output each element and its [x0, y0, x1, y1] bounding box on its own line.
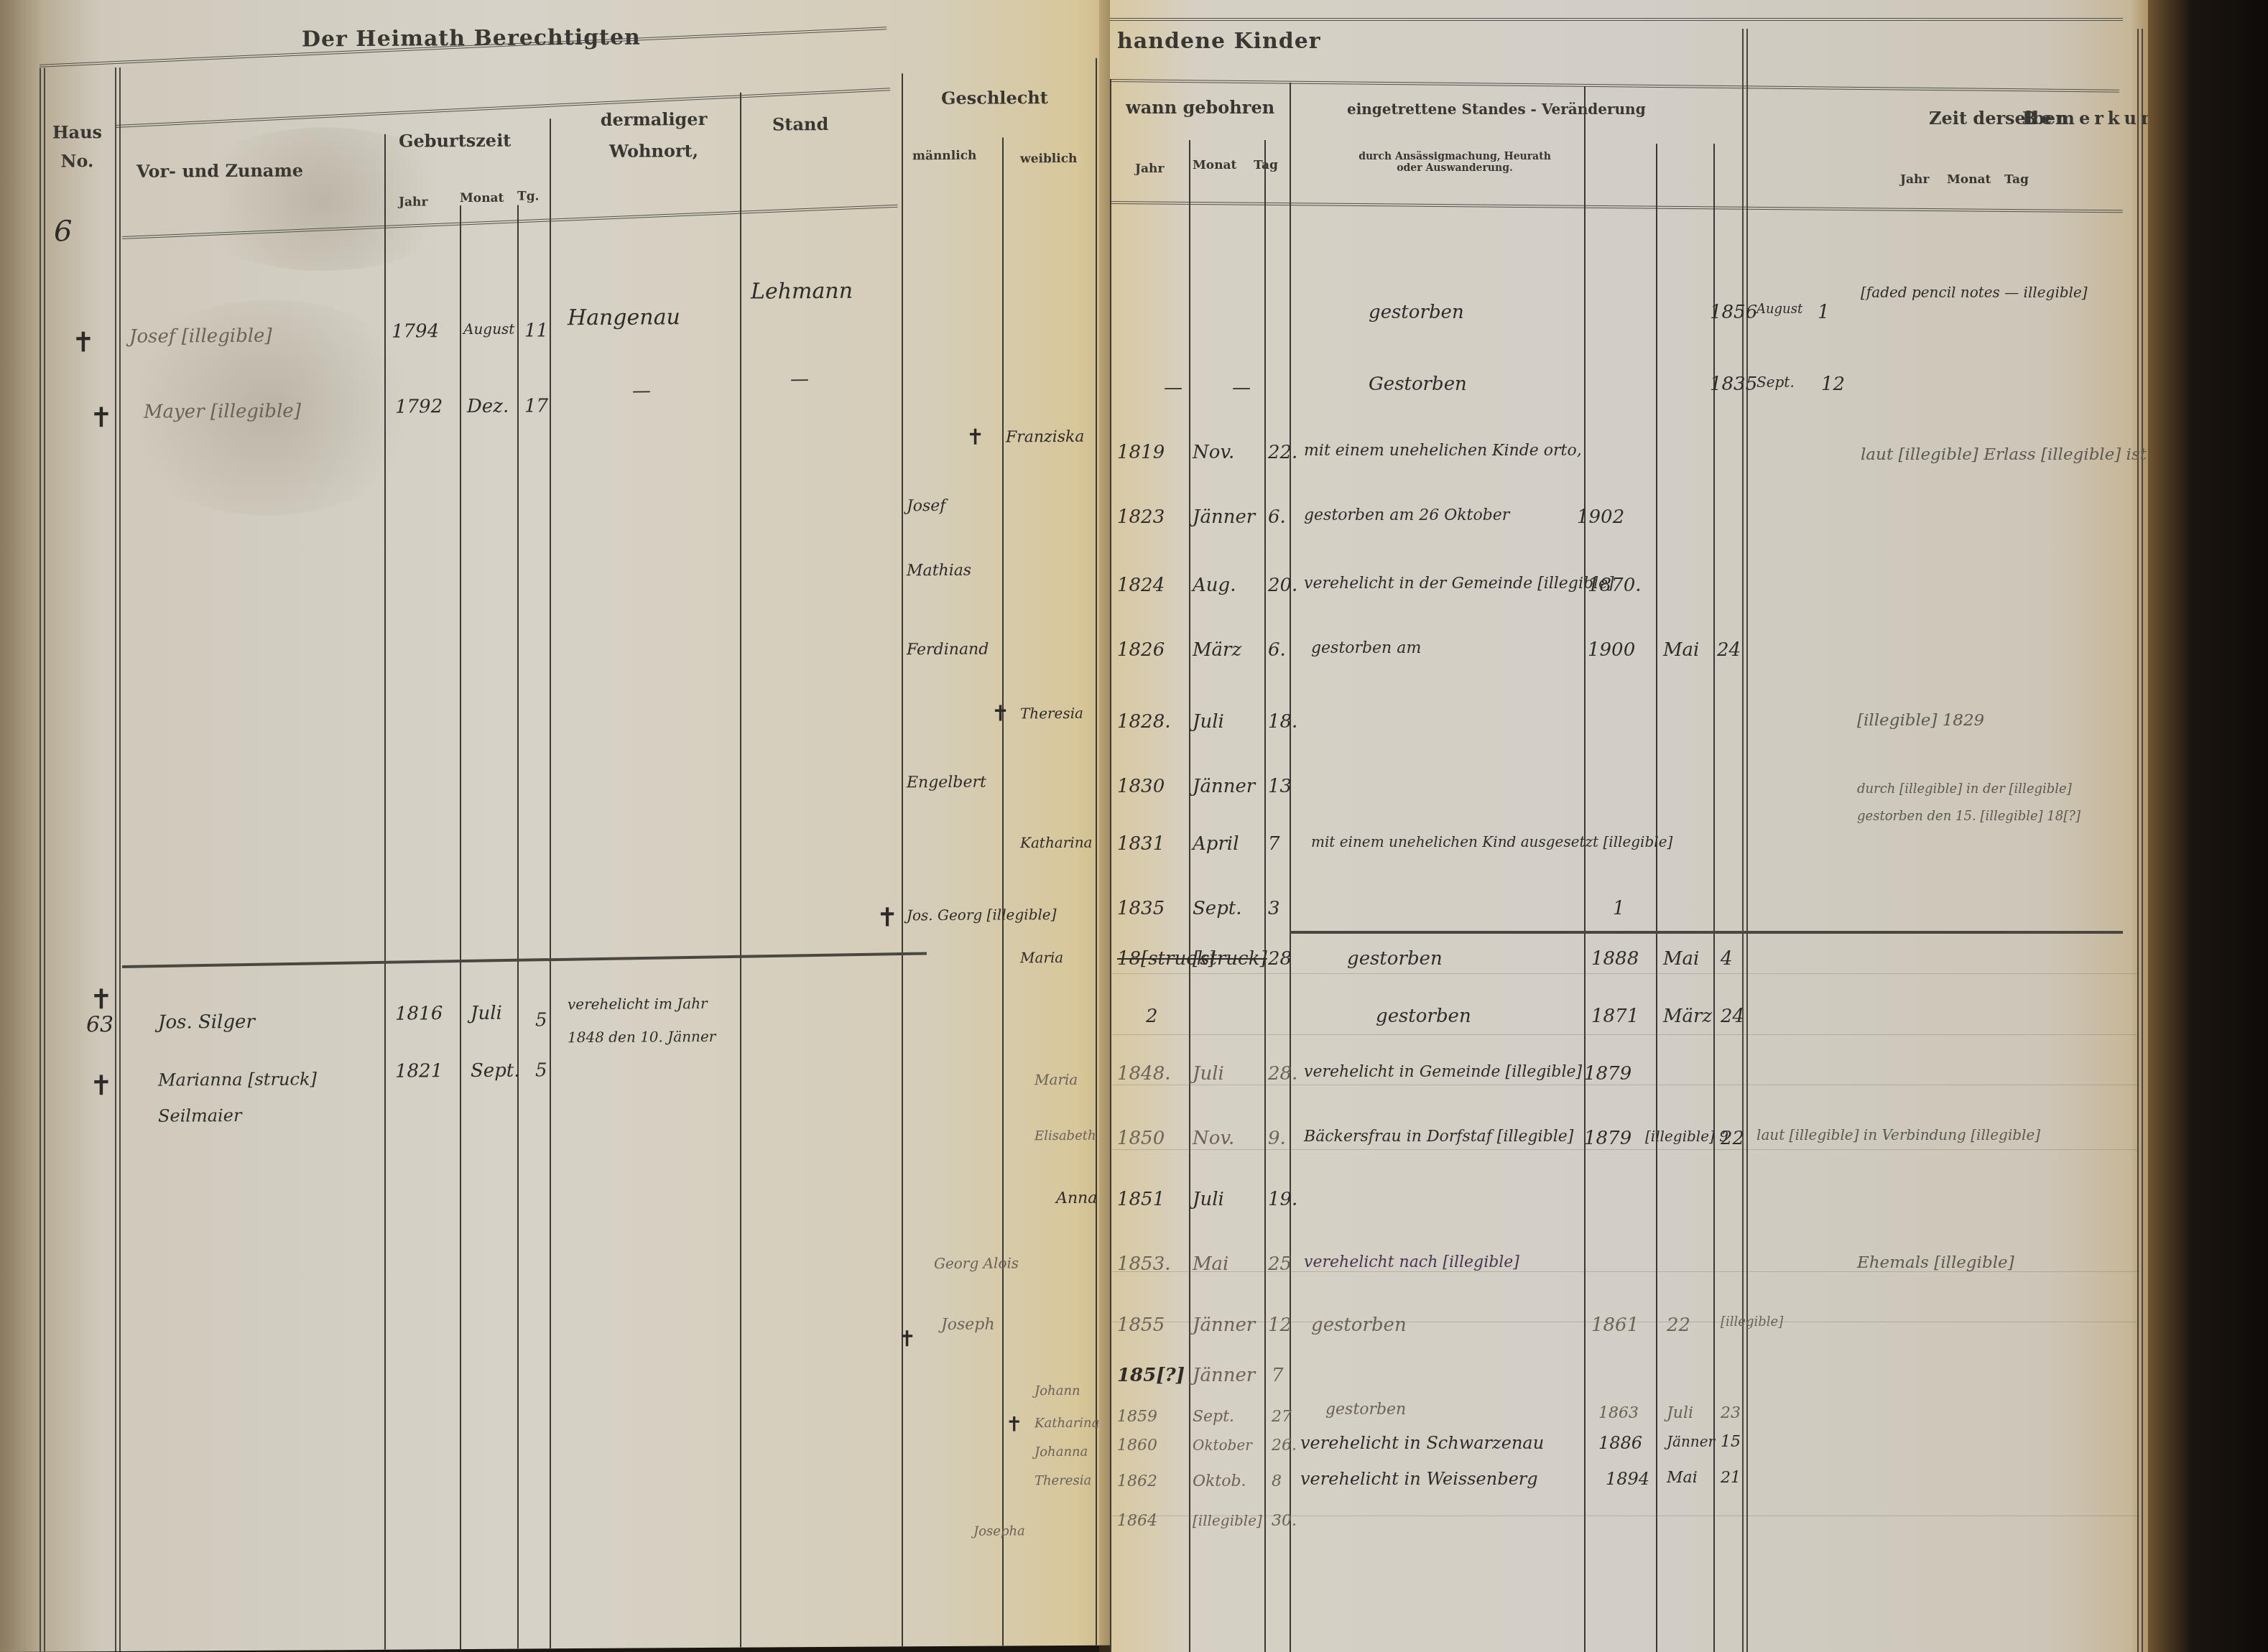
- deceased-cross-icon: ✝: [90, 983, 113, 1015]
- child-month: [illegible]: [1193, 1512, 1262, 1529]
- book-edge-shadow: [2148, 0, 2268, 1652]
- col-born-year: Jahr: [1135, 162, 1164, 176]
- child-name: Josepha: [973, 1523, 1025, 1539]
- change-month: Mai: [1663, 948, 1699, 970]
- child-year: 1859: [1117, 1408, 1157, 1426]
- change-day: 24: [1717, 639, 1741, 661]
- child-year: 1860: [1117, 1437, 1157, 1454]
- col-sex-male: männlich: [912, 149, 976, 164]
- child-day: 18.: [1268, 711, 1297, 733]
- child-day: 7: [1272, 1365, 1284, 1386]
- rule: [517, 205, 519, 1649]
- col-sex-female: weiblich: [1020, 152, 1077, 166]
- child-year: 1853.: [1117, 1253, 1170, 1275]
- change-year: 1879: [1584, 1063, 1631, 1085]
- family-separator: [122, 952, 927, 968]
- child-change: gestorben am 26 Oktober: [1304, 506, 1509, 524]
- child-year: 1824: [1117, 575, 1165, 596]
- entry-year: 1816: [395, 1003, 443, 1024]
- rule: [1110, 79, 1111, 1652]
- child-name: Maria: [1035, 1071, 1078, 1088]
- change-month: Jänner: [1667, 1433, 1715, 1450]
- col-born-month: Monat: [1193, 158, 1236, 172]
- col-change: eingetrettene Standes - Veränderung: [1347, 101, 1646, 118]
- right-page: Vor handene Kinder wann gebohren Jahr Mo…: [1110, 0, 2152, 1652]
- child-month: Juli: [1193, 1189, 1224, 1210]
- col-status: Stand: [772, 113, 828, 134]
- deceased-cross-icon: ✝: [966, 425, 984, 450]
- deceased-cross-icon: ✝: [898, 1327, 916, 1352]
- remark-4: durch [illegible] in der [illegible] ges…: [1857, 776, 2130, 830]
- child-change: verehelicht in Weissenberg: [1300, 1469, 1538, 1489]
- child-change: verehelicht in Gemeinde [illegible]: [1304, 1063, 1582, 1081]
- child-month: Jänner: [1193, 1314, 1255, 1336]
- child-change: gestorben: [1325, 1401, 1406, 1419]
- entry-status: —: [790, 368, 809, 390]
- dash: —: [1164, 377, 1182, 399]
- child-name: Jos. Georg [illegible]: [907, 906, 1056, 924]
- child-name: Theresia: [1020, 705, 1083, 723]
- child-day: 9.: [1268, 1128, 1286, 1149]
- change-day: 15: [1721, 1433, 1741, 1451]
- entry-name: Josef [illegible]: [129, 325, 272, 348]
- child-year: 1823: [1117, 506, 1165, 528]
- child-month: Nov.: [1193, 1128, 1234, 1149]
- child-year: 185[?]: [1117, 1365, 1185, 1386]
- entry-residence: verehelicht im Jahr 1848 den 10. Jänner: [568, 987, 733, 1054]
- change-month: März: [1663, 1006, 1712, 1027]
- child-day: 30.: [1272, 1512, 1297, 1530]
- child-month: Mai: [1193, 1253, 1228, 1275]
- child-change: mit einem unehelichen Kind ausgesetzt [i…: [1311, 833, 1672, 850]
- remark-2: laut [illegible] Erlass [illegible] ist …: [1861, 445, 2152, 464]
- child-name: Katharina: [1020, 834, 1092, 852]
- entry-year: 1792: [395, 396, 443, 417]
- child-year: 1831: [1117, 833, 1165, 855]
- child-day: 6.: [1268, 639, 1286, 661]
- rule: [902, 73, 903, 1646]
- change-day: 21: [1721, 1469, 1741, 1487]
- child-month: Oktob.: [1193, 1472, 1246, 1490]
- header-rule-bottom: [1110, 201, 2123, 213]
- entry-month: August: [463, 320, 514, 338]
- child-year: 1826: [1117, 639, 1165, 661]
- child-month: Juli: [1193, 1063, 1224, 1085]
- child-name: Franziska: [1006, 428, 1084, 447]
- change-year: 1894: [1606, 1469, 1649, 1489]
- deceased-cross-icon: ✝: [1006, 1412, 1022, 1436]
- house-number: 63: [86, 1012, 114, 1037]
- deceased-cross-icon: ✝: [991, 701, 1009, 726]
- child-change: verehelicht in der Gemeinde [illegible]: [1304, 575, 1614, 593]
- entry-day: 17: [524, 395, 548, 417]
- change-month: Sept.: [1756, 373, 1795, 391]
- ruled-line: [1110, 1034, 2137, 1035]
- rule: [1742, 29, 1748, 1652]
- rule: [460, 205, 461, 1649]
- child-name: Georg Alois: [934, 1254, 1019, 1272]
- col-when-year: Jahr: [1900, 172, 1929, 187]
- child-change: gestorben am: [1311, 639, 1421, 657]
- col-change-sub: durch Ansässigmachung, Heurath oder Ausw…: [1354, 151, 1555, 174]
- child-year: 1850: [1117, 1128, 1165, 1149]
- child-change: verehelicht nach [illegible]: [1304, 1253, 1519, 1271]
- child-day: 27: [1272, 1408, 1292, 1426]
- rule: [1002, 137, 1004, 1646]
- remark-1: [faded pencil notes — illegible]: [1861, 284, 2088, 301]
- child-month: Nov.: [1193, 442, 1234, 463]
- child-month: Jänner: [1193, 776, 1255, 797]
- child-year: 1848.: [1117, 1063, 1170, 1085]
- entry-name: Jos. Silger: [158, 1011, 255, 1034]
- child-year: 1819: [1117, 442, 1165, 463]
- change-text: gestorben: [1369, 302, 1464, 323]
- child-name: Engelbert: [907, 774, 986, 792]
- change-day: 24: [1721, 1006, 1744, 1027]
- child-day: 28: [1268, 948, 1292, 970]
- child-change: gestorben: [1376, 1006, 1471, 1027]
- entry-name: Mayer [illegible]: [144, 400, 301, 422]
- rule: [384, 134, 386, 1650]
- change-year: 1871: [1591, 1006, 1639, 1027]
- child-name: Theresia: [1035, 1473, 1091, 1488]
- entry-day: 5: [535, 1059, 547, 1081]
- change-year: 1863: [1598, 1404, 1639, 1422]
- child-month: April: [1193, 833, 1239, 855]
- col-name: Vor- und Zuname: [136, 159, 303, 181]
- entry-residence: Hangenau: [568, 305, 680, 330]
- child-name: Joseph: [941, 1316, 995, 1334]
- change-day: 1: [1818, 302, 1830, 323]
- change-year: 1888: [1591, 948, 1639, 970]
- child-month: Aug.: [1193, 575, 1236, 596]
- child-year: 1830: [1117, 776, 1165, 797]
- child-change: Bäckersfrau in Dorfstaf [illegible]: [1304, 1128, 1573, 1146]
- dash: —: [1232, 377, 1251, 399]
- child-day: 13: [1268, 776, 1292, 797]
- child-day: 8: [1272, 1472, 1282, 1490]
- child-day: 20.: [1268, 575, 1297, 596]
- child-day: 19.: [1268, 1189, 1297, 1210]
- change-month: Mai: [1663, 639, 1699, 661]
- child-name: Ferdinand: [907, 641, 989, 659]
- child-name: Anna: [1056, 1189, 1097, 1207]
- remark-5: laut [illegible] in Verbindung [illegibl…: [1756, 1120, 2058, 1149]
- rule: [115, 68, 121, 1651]
- child-change: mit einem unehelichen Kinde orto,: [1304, 442, 1582, 460]
- entry-month: Dez.: [467, 396, 509, 417]
- right-title-part2: handene Kinder: [1117, 29, 1321, 54]
- child-month: Jänner: [1193, 1365, 1255, 1386]
- change-year: 1861: [1591, 1314, 1639, 1336]
- rule: [1584, 86, 1586, 1652]
- child-year: 1864: [1117, 1512, 1157, 1530]
- rule: [1096, 58, 1097, 1646]
- child-name: Josef: [907, 497, 946, 515]
- child-year: 1862: [1117, 1472, 1157, 1490]
- child-day: 3: [1268, 898, 1280, 919]
- col-birth-month: Monat: [460, 191, 504, 205]
- deceased-cross-icon: ✝: [90, 402, 113, 433]
- child-name: Katharina: [1035, 1416, 1099, 1431]
- col-residence: dermaliger Wohnort,: [575, 103, 733, 167]
- register-book-spread: Der Heimath Berechtigten Haus No. 6 Vor-…: [0, 0, 2268, 1652]
- col-birth-day: Tg.: [517, 189, 539, 203]
- col-when-day: Tag: [2004, 172, 2029, 187]
- change-month: Juli: [1667, 1404, 1693, 1422]
- rule: [1189, 140, 1190, 1652]
- child-name: Maria: [1020, 949, 1063, 966]
- family-separator: [1290, 931, 2123, 934]
- change-day: 4: [1721, 948, 1733, 970]
- entry-status: Lehmann: [751, 279, 853, 305]
- entry-residence: —: [632, 380, 651, 402]
- left-page: Der Heimath Berechtigten Haus No. 6 Vor-…: [0, 0, 1121, 1652]
- child-year: 2: [1146, 1006, 1158, 1027]
- child-day: 22.: [1268, 442, 1297, 463]
- entry-year: 1794: [392, 320, 439, 342]
- remark-3: [illegible] 1829: [1857, 711, 1984, 730]
- col-birth-year: Jahr: [399, 195, 427, 209]
- child-month: [struck]: [1193, 948, 1267, 970]
- rule: [1713, 144, 1715, 1652]
- header-rule-top: [1110, 18, 2123, 21]
- child-day: 12: [1268, 1314, 1292, 1336]
- col-sex: Geschlecht: [941, 87, 1048, 108]
- change-year: 1886: [1598, 1433, 1642, 1453]
- child-day: 26.: [1272, 1437, 1297, 1454]
- child-name: Johann: [1035, 1383, 1080, 1398]
- entry-day: 5: [535, 1009, 547, 1031]
- deceased-cross-icon: ✝: [90, 1069, 113, 1101]
- house-number-mark: 6: [54, 215, 72, 248]
- child-month: Juli: [1193, 711, 1224, 733]
- col-born: wann gebohren: [1126, 97, 1274, 118]
- child-year: 1855: [1117, 1314, 1165, 1336]
- entry-month: Juli: [471, 1003, 502, 1024]
- header-rule-mid: [1110, 79, 2119, 93]
- child-month: März: [1193, 639, 1241, 661]
- change-year: 1856: [1710, 302, 1757, 323]
- col-when-month: Monat: [1947, 172, 1991, 187]
- entry-day: 11: [524, 320, 548, 341]
- ruled-line: [1110, 1516, 2137, 1516]
- child-year: 1828.: [1117, 711, 1170, 733]
- rule: [2137, 29, 2143, 1652]
- child-name: Mathias: [907, 562, 971, 580]
- child-day: 7: [1268, 833, 1280, 855]
- child-month: Sept.: [1193, 1408, 1234, 1426]
- col-remarks: Bemerkungen.: [2022, 108, 2152, 129]
- child-change: verehelicht in Schwarzenau: [1300, 1433, 1544, 1453]
- change-year: 1870.: [1588, 575, 1641, 596]
- child-year: 1851: [1117, 1189, 1165, 1210]
- child-month: Jänner: [1193, 506, 1255, 528]
- change-month: [illegible] 9: [1645, 1128, 1728, 1145]
- entry-year: 1821: [395, 1060, 443, 1082]
- ruled-line: [1110, 1085, 2137, 1085]
- remark-6: Ehemals [illegible]: [1857, 1253, 2014, 1272]
- col-house-no: Haus No.: [43, 118, 111, 176]
- ruled-line: [1110, 973, 2137, 974]
- change-year: 1879: [1584, 1128, 1631, 1149]
- change-month: August: [1756, 302, 1802, 317]
- deceased-cross-icon: ✝: [876, 903, 898, 932]
- rule: [1656, 144, 1657, 1652]
- child-day: 6.: [1268, 506, 1286, 528]
- rule: [740, 93, 741, 1648]
- child-year: 1835: [1117, 898, 1165, 919]
- change-day: 22: [1721, 1128, 1744, 1149]
- deceased-cross-icon: ✝: [72, 326, 95, 358]
- child-name: Elisabeth: [1035, 1128, 1096, 1144]
- entry-month: Sept.: [471, 1060, 520, 1082]
- change-text: Gestorben: [1369, 373, 1467, 395]
- child-day: 25: [1268, 1253, 1292, 1275]
- change-year: 1: [1613, 898, 1625, 919]
- child-month: Oktober: [1193, 1437, 1252, 1454]
- change-day: [illegible]: [1721, 1314, 1783, 1330]
- rule: [40, 68, 45, 1652]
- child-month: Sept.: [1193, 898, 1242, 919]
- child-name: Johanna: [1035, 1444, 1088, 1460]
- change-day: 12: [1821, 373, 1845, 395]
- entry-name: Marianna [struck] Seilmaier: [158, 1061, 374, 1134]
- ruled-line: [1110, 1149, 2137, 1150]
- child-day: 28.: [1268, 1063, 1297, 1085]
- change-day: 23: [1721, 1404, 1741, 1422]
- child-change: gestorben: [1347, 948, 1443, 970]
- left-title: Der Heimath Berechtigten: [302, 25, 641, 52]
- change-month: 22: [1667, 1314, 1690, 1336]
- col-birth: Geburtszeit: [399, 130, 511, 152]
- change-year: 1902: [1577, 506, 1624, 528]
- change-year: 1835: [1710, 373, 1757, 395]
- change-month: Mai: [1667, 1469, 1698, 1487]
- rule: [1264, 140, 1266, 1652]
- child-change: gestorben: [1311, 1314, 1407, 1336]
- rule: [550, 119, 551, 1648]
- change-year: 1900: [1588, 639, 1635, 661]
